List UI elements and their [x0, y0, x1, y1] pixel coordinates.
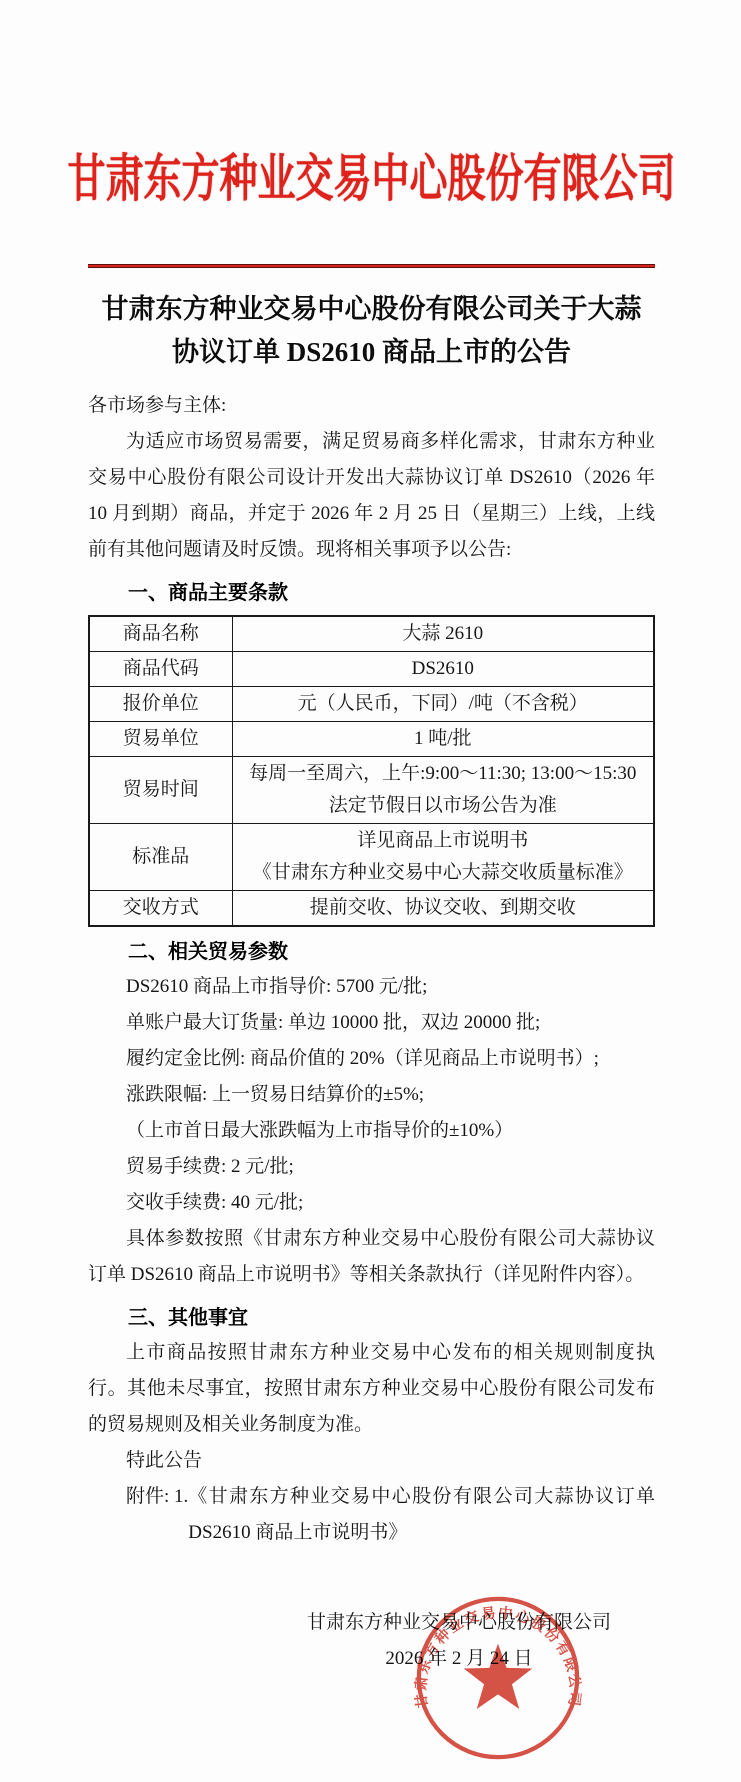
- table-row-standard-product: 标准品 详见商品上市说明书 《甘肃东方种业交易中心大蒜交收质量标准》: [89, 824, 654, 891]
- red-separator-rule: [88, 264, 655, 268]
- salutation: 各市场参与主体:: [88, 388, 655, 424]
- row-label: 贸易单位: [89, 722, 232, 757]
- table-row-commodity-code: 商品代码 DS2610: [89, 652, 654, 687]
- attachment-text: 《甘肃东方种业交易中心股份有限公司大蒜协议订单 DS2610 商品上市说明书》: [188, 1479, 655, 1551]
- closing-statement: 特此公告: [88, 1443, 655, 1479]
- announcement-title-line1: 甘肃东方种业交易中心股份有限公司关于大蒜: [88, 288, 655, 331]
- signature-company: 甘肃东方种业交易中心股份有限公司: [307, 1605, 611, 1641]
- row-label: 贸易时间: [89, 757, 232, 824]
- row-label: 报价单位: [89, 687, 232, 722]
- parameter-line-first-day-limit: （上市首日最大涨跌幅为上市指导价的±10%）: [88, 1113, 655, 1149]
- parameter-line-price-limit: 涨跌限幅: 上一贸易日结算价的±5%;: [88, 1077, 655, 1113]
- section-1-heading: 一、商品主要条款: [88, 576, 655, 610]
- row-value: 元（人民币，下同）/吨（不含税）: [232, 687, 654, 722]
- table-row-delivery-method: 交收方式 提前交收、协议交收、到期交收: [89, 891, 654, 927]
- row-value: 详见商品上市说明书 《甘肃东方种业交易中心大蒜交收质量标准》: [232, 824, 654, 891]
- table-row-commodity-name: 商品名称 大蒜 2610: [89, 616, 654, 652]
- trade-parameters: DS2610 商品上市指导价: 5700 元/批; 单账户最大订货量: 单边 1…: [88, 969, 655, 1293]
- terms-table: 商品名称 大蒜 2610 商品代码 DS2610 报价单位 元（人民币，下同）/…: [88, 615, 655, 927]
- announcement-title: 甘肃东方种业交易中心股份有限公司关于大蒜 协议订单 DS2610 商品上市的公告: [88, 288, 655, 374]
- other-matters-paragraph: 上市商品按照甘肃东方种业交易中心发布的相关规则制度执行。其他未尽事宜，按照甘肃东…: [88, 1335, 655, 1443]
- table-row-trade-hours: 贸易时间 每周一至周六，上午:9:00～11:30; 13:00～15:30 法…: [89, 757, 654, 824]
- parameter-line-deposit-ratio: 履约定金比例: 商品价值的 20%（详见商品上市说明书）;: [88, 1041, 655, 1077]
- signature-date: 2026 年 2 月 24 日: [307, 1641, 611, 1677]
- row-value: 提前交收、协议交收、到期交收: [232, 891, 654, 927]
- parameter-line-guide-price: DS2610 商品上市指导价: 5700 元/批;: [88, 969, 655, 1005]
- section-3-heading: 三、其他事宜: [88, 1301, 655, 1335]
- row-value-line: 每周一至周六，上午:9:00～11:30; 13:00～15:30: [239, 758, 648, 790]
- section-2-heading: 二、相关贸易参数: [88, 935, 655, 969]
- row-label: 交收方式: [89, 891, 232, 927]
- attachment-block: 附件: 1. 《甘肃东方种业交易中心股份有限公司大蒜协议订单 DS2610 商品…: [88, 1479, 655, 1551]
- row-value: DS2610: [232, 652, 654, 687]
- row-label: 商品代码: [89, 652, 232, 687]
- row-value-line: 《甘肃东方种业交易中心大蒜交收质量标准》: [239, 857, 648, 889]
- parameter-line-details-note: 具体参数按照《甘肃东方种业交易中心股份有限公司大蒜协议订单 DS2610 商品上…: [88, 1221, 655, 1293]
- masthead: 甘肃东方种业交易中心股份有限公司: [88, 146, 655, 200]
- row-value-line: 法定节假日以市场公告为准: [239, 790, 648, 822]
- row-label: 商品名称: [89, 616, 232, 652]
- announcement-title-line2: 协议订单 DS2610 商品上市的公告: [88, 331, 655, 374]
- intro-paragraph: 为适应市场贸易需要，满足贸易商多样化需求，甘肃东方种业交易中心股份有限公司设计开…: [88, 424, 655, 568]
- parameter-line-max-order: 单账户最大订货量: 单边 10000 批，双边 20000 批;: [88, 1005, 655, 1041]
- row-value: 1 吨/批: [232, 722, 654, 757]
- row-value: 大蒜 2610: [232, 616, 654, 652]
- row-label: 标准品: [89, 824, 232, 891]
- parameter-line-delivery-fee: 交收手续费: 40 元/批;: [88, 1185, 655, 1221]
- row-value-line: 详见商品上市说明书: [239, 825, 648, 857]
- announcement-document: 甘肃东方种业交易中心股份有限公司 甘肃东方种业交易中心股份有限公司关于大蒜 协议…: [0, 0, 741, 1782]
- attachment-label: 附件: 1.: [88, 1479, 188, 1551]
- signature-block: 甘肃东方种业交易中心股份有限公司 2026 年 2 月 24 日: [307, 1605, 611, 1677]
- masthead-company-name: 甘肃东方种业交易中心股份有限公司: [68, 136, 676, 210]
- table-row-quote-unit: 报价单位 元（人民币，下同）/吨（不含税）: [89, 687, 654, 722]
- table-row-trade-unit: 贸易单位 1 吨/批: [89, 722, 654, 757]
- row-value: 每周一至周六，上午:9:00～11:30; 13:00～15:30 法定节假日以…: [232, 757, 654, 824]
- parameter-line-trade-fee: 贸易手续费: 2 元/批;: [88, 1149, 655, 1185]
